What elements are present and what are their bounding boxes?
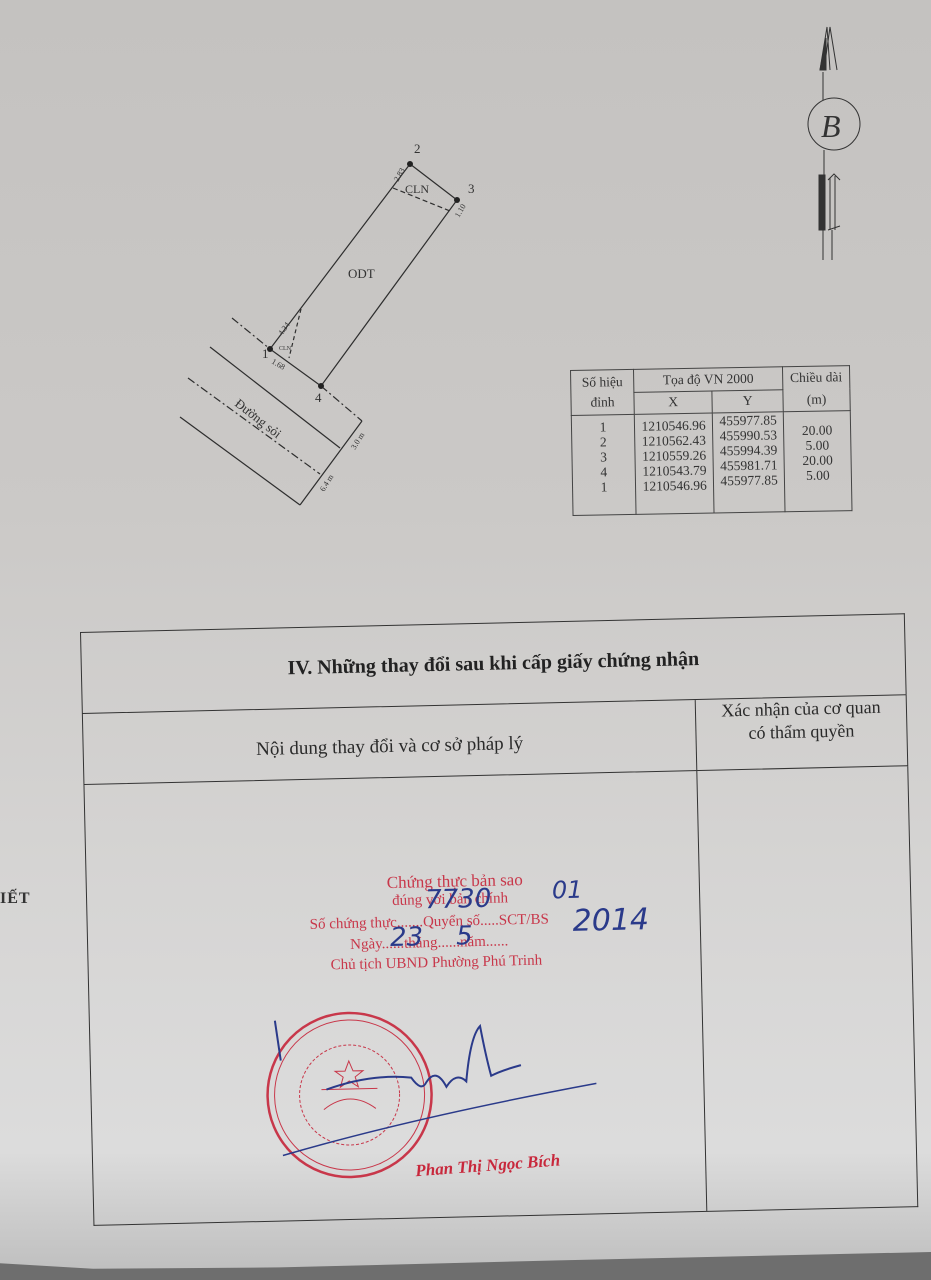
header-point-id: Số hiệu đỉnh [571, 369, 635, 415]
changes-content-cell: Chứng thực bản sao đúng với bản chính Số… [84, 771, 707, 1225]
table-cell: 1210546.96 [638, 478, 712, 494]
table-cell: 455994.39 [716, 442, 782, 458]
page-edge-shadow [0, 1252, 931, 1280]
col-length: 20.00 5.00 20.00 5.00 [783, 411, 852, 512]
handwritten-year: 2014 [572, 902, 649, 939]
col-header-changes: Nội dung thay đổi và cơ sở pháp lý [83, 700, 697, 784]
road-label: Đường sỏi [232, 396, 285, 442]
table-cell: 20.00 [786, 422, 848, 438]
table-cell: 455981.71 [716, 457, 782, 473]
table-cell: 5.00 [786, 437, 848, 453]
road-centerline [188, 378, 320, 474]
table-cell: 455977.85 [715, 412, 781, 428]
road-width: 6.4 m [318, 472, 336, 493]
header-x: X [634, 391, 713, 415]
land-use-cln: CLN [405, 182, 429, 196]
handwritten-number: 7730 [425, 884, 492, 915]
table-cell: 1210543.79 [638, 463, 712, 479]
handwritten-book: 01 [552, 876, 583, 905]
vertex-label: 2 [414, 141, 421, 156]
edge-length: 2.83 [392, 166, 407, 183]
table-cell: 2 [574, 434, 632, 450]
header-y: Y [712, 389, 783, 413]
vertex-label: 1 [262, 346, 269, 361]
col-point: 1 2 3 4 1 [571, 414, 636, 515]
table-cell: 455977.85 [716, 472, 782, 488]
side-text-fragment: IẾT [0, 890, 31, 908]
table-cell: 1210562.43 [637, 433, 711, 449]
edge-length: 1.10 [453, 202, 468, 219]
road-width: 3.0 m [349, 430, 367, 451]
col-x: 1210546.96 1210562.43 1210559.26 1210543… [634, 413, 714, 514]
table-cell: 1 [575, 479, 633, 495]
coordinate-table: Số hiệu đỉnh Tọa độ VN 2000 Chiều dài (m… [570, 365, 853, 530]
table-cell: 1 [574, 419, 632, 435]
col-header-confirmation: Xác nhận của cơ quan có thẩm quyền [696, 695, 908, 770]
vertex-label: 3 [468, 181, 475, 196]
handwritten-day: 23 [390, 922, 424, 953]
table-cell: 3 [574, 449, 632, 465]
col-y: 455977.85 455990.53 455994.39 455981.71 … [713, 412, 785, 513]
table-cell: 4 [575, 464, 633, 480]
header-length: Chiều dài (m) [782, 366, 850, 412]
land-use-cln-small: CLN [279, 346, 292, 352]
plot-diagram: 1 2 3 4 ODT CLN CLN 4.34 2.83 1.10 1.68 … [0, 0, 931, 620]
vertex-2-marker [407, 161, 413, 167]
table-cell: 1210546.96 [637, 418, 711, 434]
vertex-label: 4 [315, 390, 322, 405]
stamp-line: Ngày......tháng......năm...... [350, 933, 509, 954]
land-use-odt: ODT [348, 266, 375, 281]
header-coord-system: Tọa độ VN 2000 [633, 367, 782, 392]
handwritten-month: 5 [456, 921, 473, 951]
table-cell: 1210559.26 [637, 448, 711, 464]
table-cell: 455990.53 [715, 427, 781, 443]
stamp-line: Chủ tịch UBND Phường Phú Trinh [330, 953, 542, 975]
emblem-letter: B [821, 108, 841, 144]
vertex-4-marker [318, 383, 324, 389]
table-cell: 20.00 [786, 452, 848, 468]
table-cell: 5.00 [787, 467, 849, 483]
confirmation-cell [697, 766, 917, 1211]
section-iv-table: IV. Những thay đổi sau khi cấp giấy chứn… [80, 613, 918, 1226]
